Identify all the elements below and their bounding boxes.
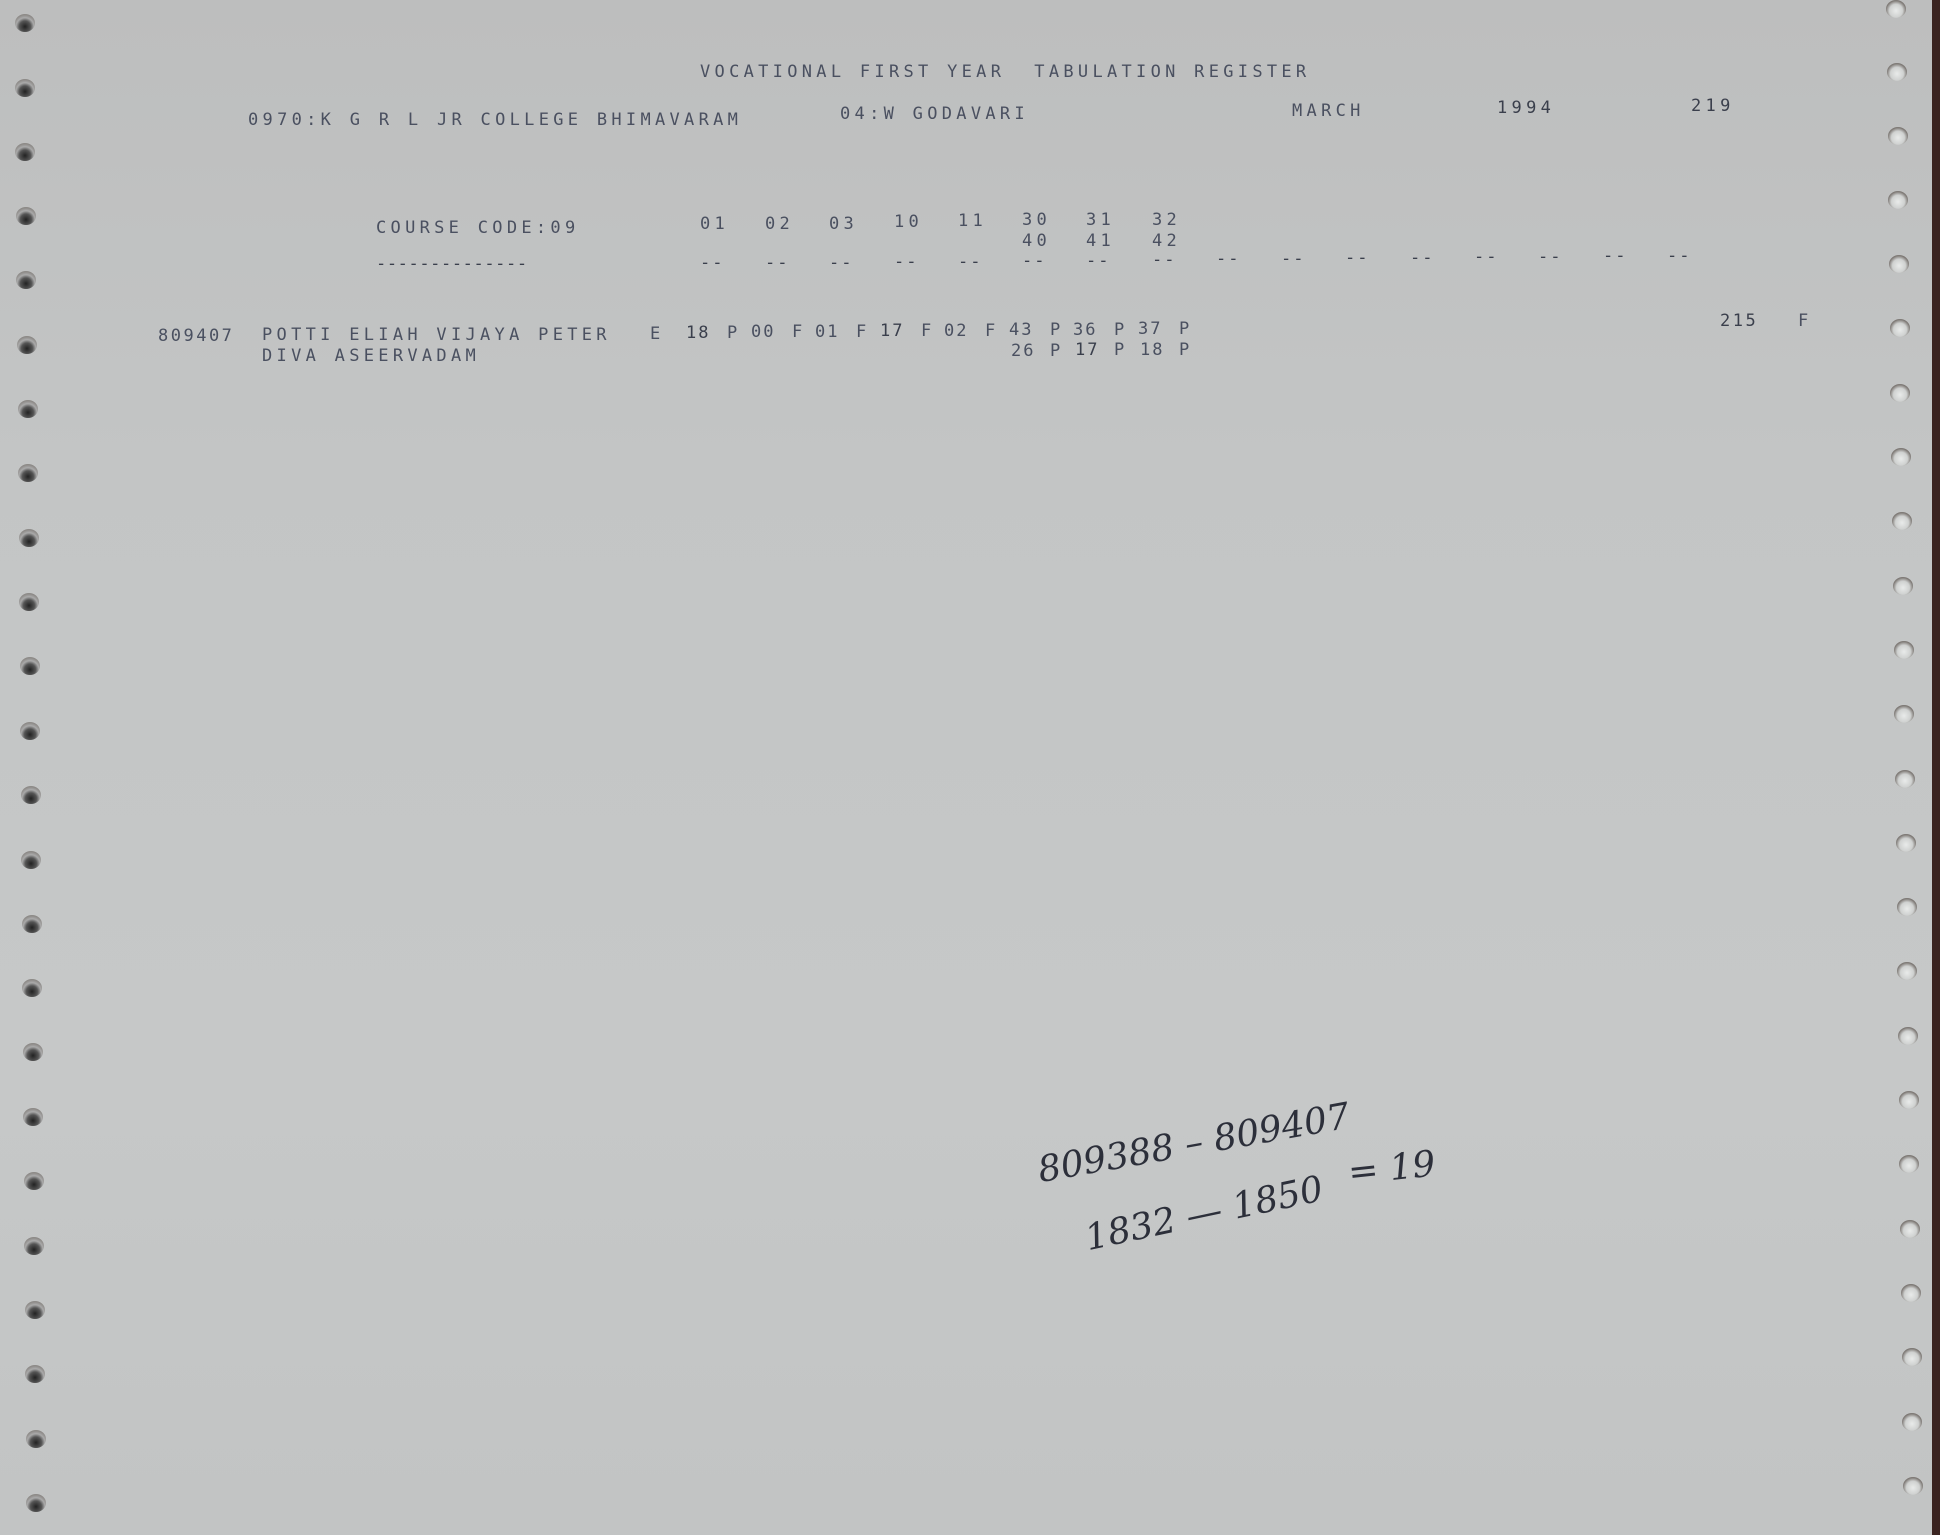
subject-result: F (856, 322, 871, 342)
student-name-line1: POTTI ELIAH VIJAYA PETER (262, 325, 611, 345)
dash-separator: -- (1667, 246, 1691, 266)
feed-hole-icon (1901, 1284, 1921, 1302)
course-underline: -------------- (376, 254, 528, 274)
feed-hole-icon (1888, 127, 1908, 145)
feed-hole-icon (25, 1301, 45, 1319)
feed-hole-icon (1897, 962, 1917, 980)
subject-result: F (985, 321, 1000, 341)
feed-hole-icon (22, 979, 42, 997)
feed-hole-icon (1902, 1348, 1922, 1366)
feed-hole-icon (1886, 0, 1906, 18)
subject-result: F (921, 321, 936, 341)
dash-separator: -- (700, 253, 724, 273)
feed-hole-icon (19, 529, 39, 547)
subject-result: P (1050, 341, 1065, 361)
feed-hole-icon (1893, 577, 1913, 595)
feed-hole-icon (24, 1172, 44, 1190)
feed-hole-icon (1891, 448, 1911, 466)
dash-separator: -- (1603, 246, 1627, 266)
feed-hole-icon (15, 143, 35, 161)
dash-separator: -- (1345, 248, 1369, 268)
feed-hole-icon (20, 657, 40, 675)
feed-hole-icon (17, 336, 37, 354)
feed-hole-icon (26, 1494, 46, 1512)
register-title: VOCATIONAL FIRST YEAR TABULATION REGISTE… (700, 62, 1310, 82)
subject-mark: 17 (880, 321, 904, 341)
dash-separator: -- (1216, 249, 1240, 269)
feed-hole-icon (23, 1043, 43, 1061)
final-result: F (1798, 311, 1813, 331)
feed-hole-icon (16, 207, 36, 225)
feed-hole-icon (1899, 1091, 1919, 1109)
feed-hole-icon (23, 1108, 43, 1126)
feed-hole-icon (25, 1365, 45, 1383)
subject-result: P (727, 323, 742, 343)
subject-result: P (1114, 320, 1129, 340)
district-name: 04:W GODAVARI (840, 104, 1029, 124)
subject-result: P (1179, 319, 1194, 339)
dash-separator: -- (1281, 249, 1305, 269)
feed-hole-icon (1894, 641, 1914, 659)
subject-mark: 26 (1011, 341, 1035, 361)
hall-ticket-number: 809407 (158, 326, 234, 346)
subject-mark: 18 (1140, 340, 1164, 360)
college-name: 0970:K G R L JR COLLEGE BHIMAVARAM (248, 110, 742, 130)
subject-result: F (792, 322, 807, 342)
feed-hole-icon (21, 786, 41, 804)
total-marks: 215 (1720, 311, 1758, 331)
sheet-edge-shadow (1932, 0, 1940, 1535)
feed-hole-icon (1889, 255, 1909, 273)
feed-hole-icon (1887, 63, 1907, 81)
subject-mark: 43 (1009, 320, 1033, 340)
feed-hole-icon (21, 851, 41, 869)
subject-code: 31 (1086, 210, 1115, 230)
subject-code: 01 (700, 214, 729, 234)
exam-month: MARCH (1292, 101, 1365, 121)
printout-sheet: VOCATIONAL FIRST YEAR TABULATION REGISTE… (0, 0, 1932, 1535)
subject-code: 30 (1022, 210, 1051, 230)
subject-code: 02 (765, 214, 794, 234)
page-number: 219 (1691, 96, 1735, 116)
subject-code: 10 (894, 212, 923, 232)
feed-hole-icon (15, 14, 35, 32)
subject-mark: 18 (686, 323, 710, 343)
exam-year: 1994 (1497, 98, 1555, 118)
feed-hole-icon (1900, 1220, 1920, 1238)
feed-hole-icon (19, 593, 39, 611)
subject-result: P (1179, 340, 1194, 360)
feed-hole-icon (1894, 705, 1914, 723)
feed-hole-icon (26, 1430, 46, 1448)
dash-separator: -- (829, 253, 853, 273)
feed-hole-icon (18, 400, 38, 418)
dash-separator: -- (958, 252, 982, 272)
medium: E (650, 324, 665, 344)
feed-hole-icon (1903, 1477, 1923, 1495)
feed-hole-icon (1899, 1155, 1919, 1173)
course-code-label: COURSE CODE:09 (376, 218, 580, 238)
feed-hole-icon (1902, 1413, 1922, 1431)
dash-separator: -- (1410, 248, 1434, 268)
feed-hole-icon (18, 464, 38, 482)
subject-code: 40 (1022, 231, 1051, 251)
subject-mark: 00 (751, 322, 775, 342)
dash-separator: -- (1474, 247, 1498, 267)
subject-mark: 37 (1138, 319, 1162, 339)
dash-separator: -- (894, 252, 918, 272)
feed-hole-icon (16, 271, 36, 289)
feed-hole-icon (20, 722, 40, 740)
feed-hole-icon (15, 79, 35, 97)
feed-hole-icon (1898, 1027, 1918, 1045)
subject-result: P (1114, 340, 1129, 360)
subject-code: 42 (1152, 231, 1181, 251)
feed-hole-icon (1896, 834, 1916, 852)
dash-separator: -- (1086, 251, 1110, 271)
dash-separator: -- (1152, 250, 1176, 270)
feed-hole-icon (1892, 512, 1912, 530)
student-name-line2: DIVA ASEERVADAM (262, 346, 480, 366)
subject-code: 03 (829, 214, 858, 234)
feed-hole-icon (1890, 384, 1910, 402)
feed-hole-icon (1895, 770, 1915, 788)
feed-hole-icon (1888, 191, 1908, 209)
subject-mark: 01 (815, 322, 839, 342)
feed-hole-icon (22, 915, 42, 933)
dash-separator: -- (1022, 251, 1046, 271)
subject-mark: 36 (1073, 320, 1097, 340)
dash-separator: -- (1538, 247, 1562, 267)
subject-mark: 02 (944, 321, 968, 341)
subject-code: 32 (1152, 210, 1181, 230)
feed-hole-icon (1897, 898, 1917, 916)
subject-result: P (1050, 320, 1065, 340)
handwritten-count: = 19 (1346, 1144, 1437, 1194)
handwritten-range-serials: 1832 — 1850 (1081, 1169, 1326, 1259)
subject-mark: 17 (1075, 340, 1099, 360)
dash-separator: -- (765, 253, 789, 273)
subject-code: 11 (958, 211, 987, 231)
subject-code: 41 (1086, 231, 1115, 251)
feed-hole-icon (1890, 319, 1910, 337)
feed-hole-icon (24, 1237, 44, 1255)
